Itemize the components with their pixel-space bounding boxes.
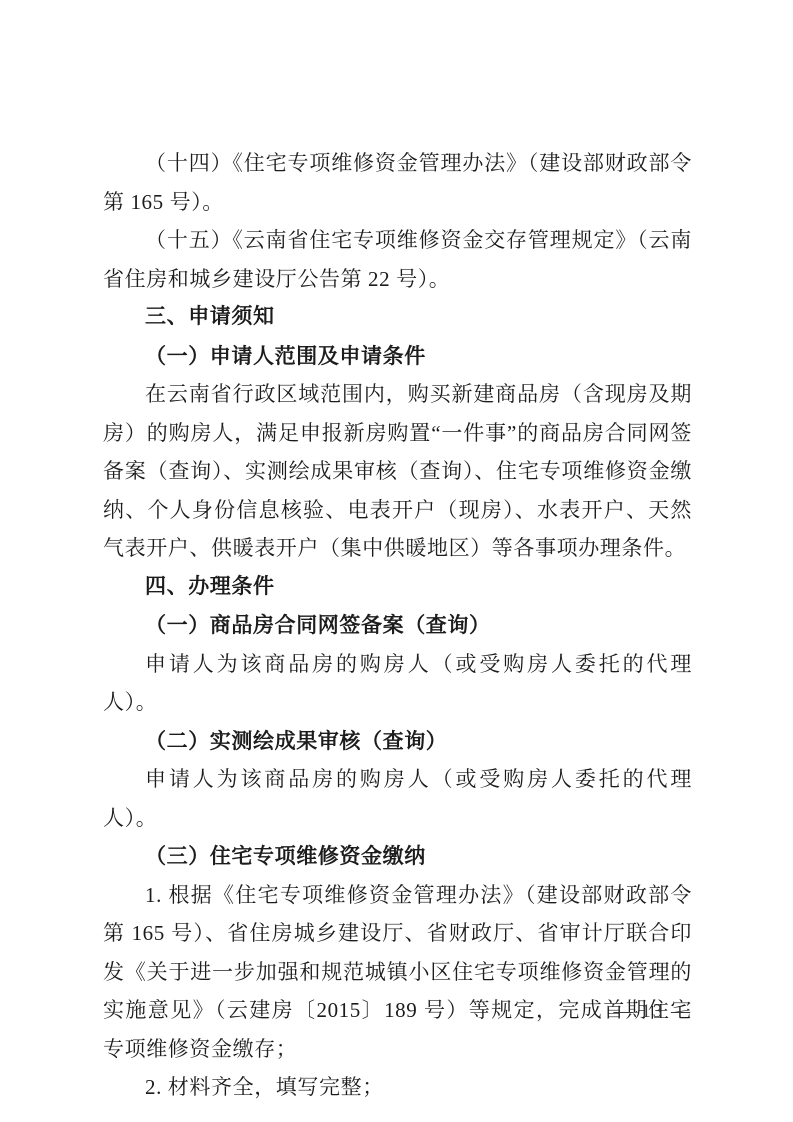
paragraph-regulation-14: （十四）《住宅专项维修资金管理办法》（建设部财政部令第 165 号）。 <box>103 144 692 221</box>
document-content: （十四）《住宅专项维修资金管理办法》（建设部财政部令第 165 号）。 （十五）… <box>103 144 692 1107</box>
document-page: （十四）《住宅专项维修资金管理办法》（建设部财政部令第 165 号）。 （十五）… <box>0 0 793 1122</box>
paragraph-applicant-scope: 在云南省行政区域范围内，购买新建商品房（含现房及期房）的购房人，满足申报新房购置… <box>103 375 692 568</box>
paragraph-regulation-15: （十五）《云南省住宅专项维修资金交存管理规定》（云南省住房和城乡建设厅公告第 2… <box>103 221 692 298</box>
sub-heading-applicant-scope: （一）申请人范围及申请条件 <box>103 337 692 376</box>
paragraph-maintenance-fund-2: 2. 材料齐全，填写完整； <box>103 1068 692 1107</box>
sub-heading-survey-review: （二）实测绘成果审核（查询） <box>103 722 692 761</box>
page-number: — 13 — <box>614 1001 693 1023</box>
sub-heading-maintenance-fund: （三）住宅专项维修资金缴纳 <box>103 837 692 876</box>
sub-heading-contract-filing: （一）商品房合同网签备案（查询） <box>103 606 692 645</box>
paragraph-survey-review: 申请人为该商品房的购房人（或受购房人委托的代理人）。 <box>103 760 692 837</box>
section-heading-application-notes: 三、申请须知 <box>103 298 692 337</box>
section-heading-handling-conditions: 四、办理条件 <box>103 568 692 607</box>
paragraph-contract-filing: 申请人为该商品房的购房人（或受购房人委托的代理人）。 <box>103 645 692 722</box>
paragraph-maintenance-fund-1: 1. 根据《住宅专项维修资金管理办法》（建设部财政部令第 165 号）、省住房城… <box>103 876 692 1069</box>
